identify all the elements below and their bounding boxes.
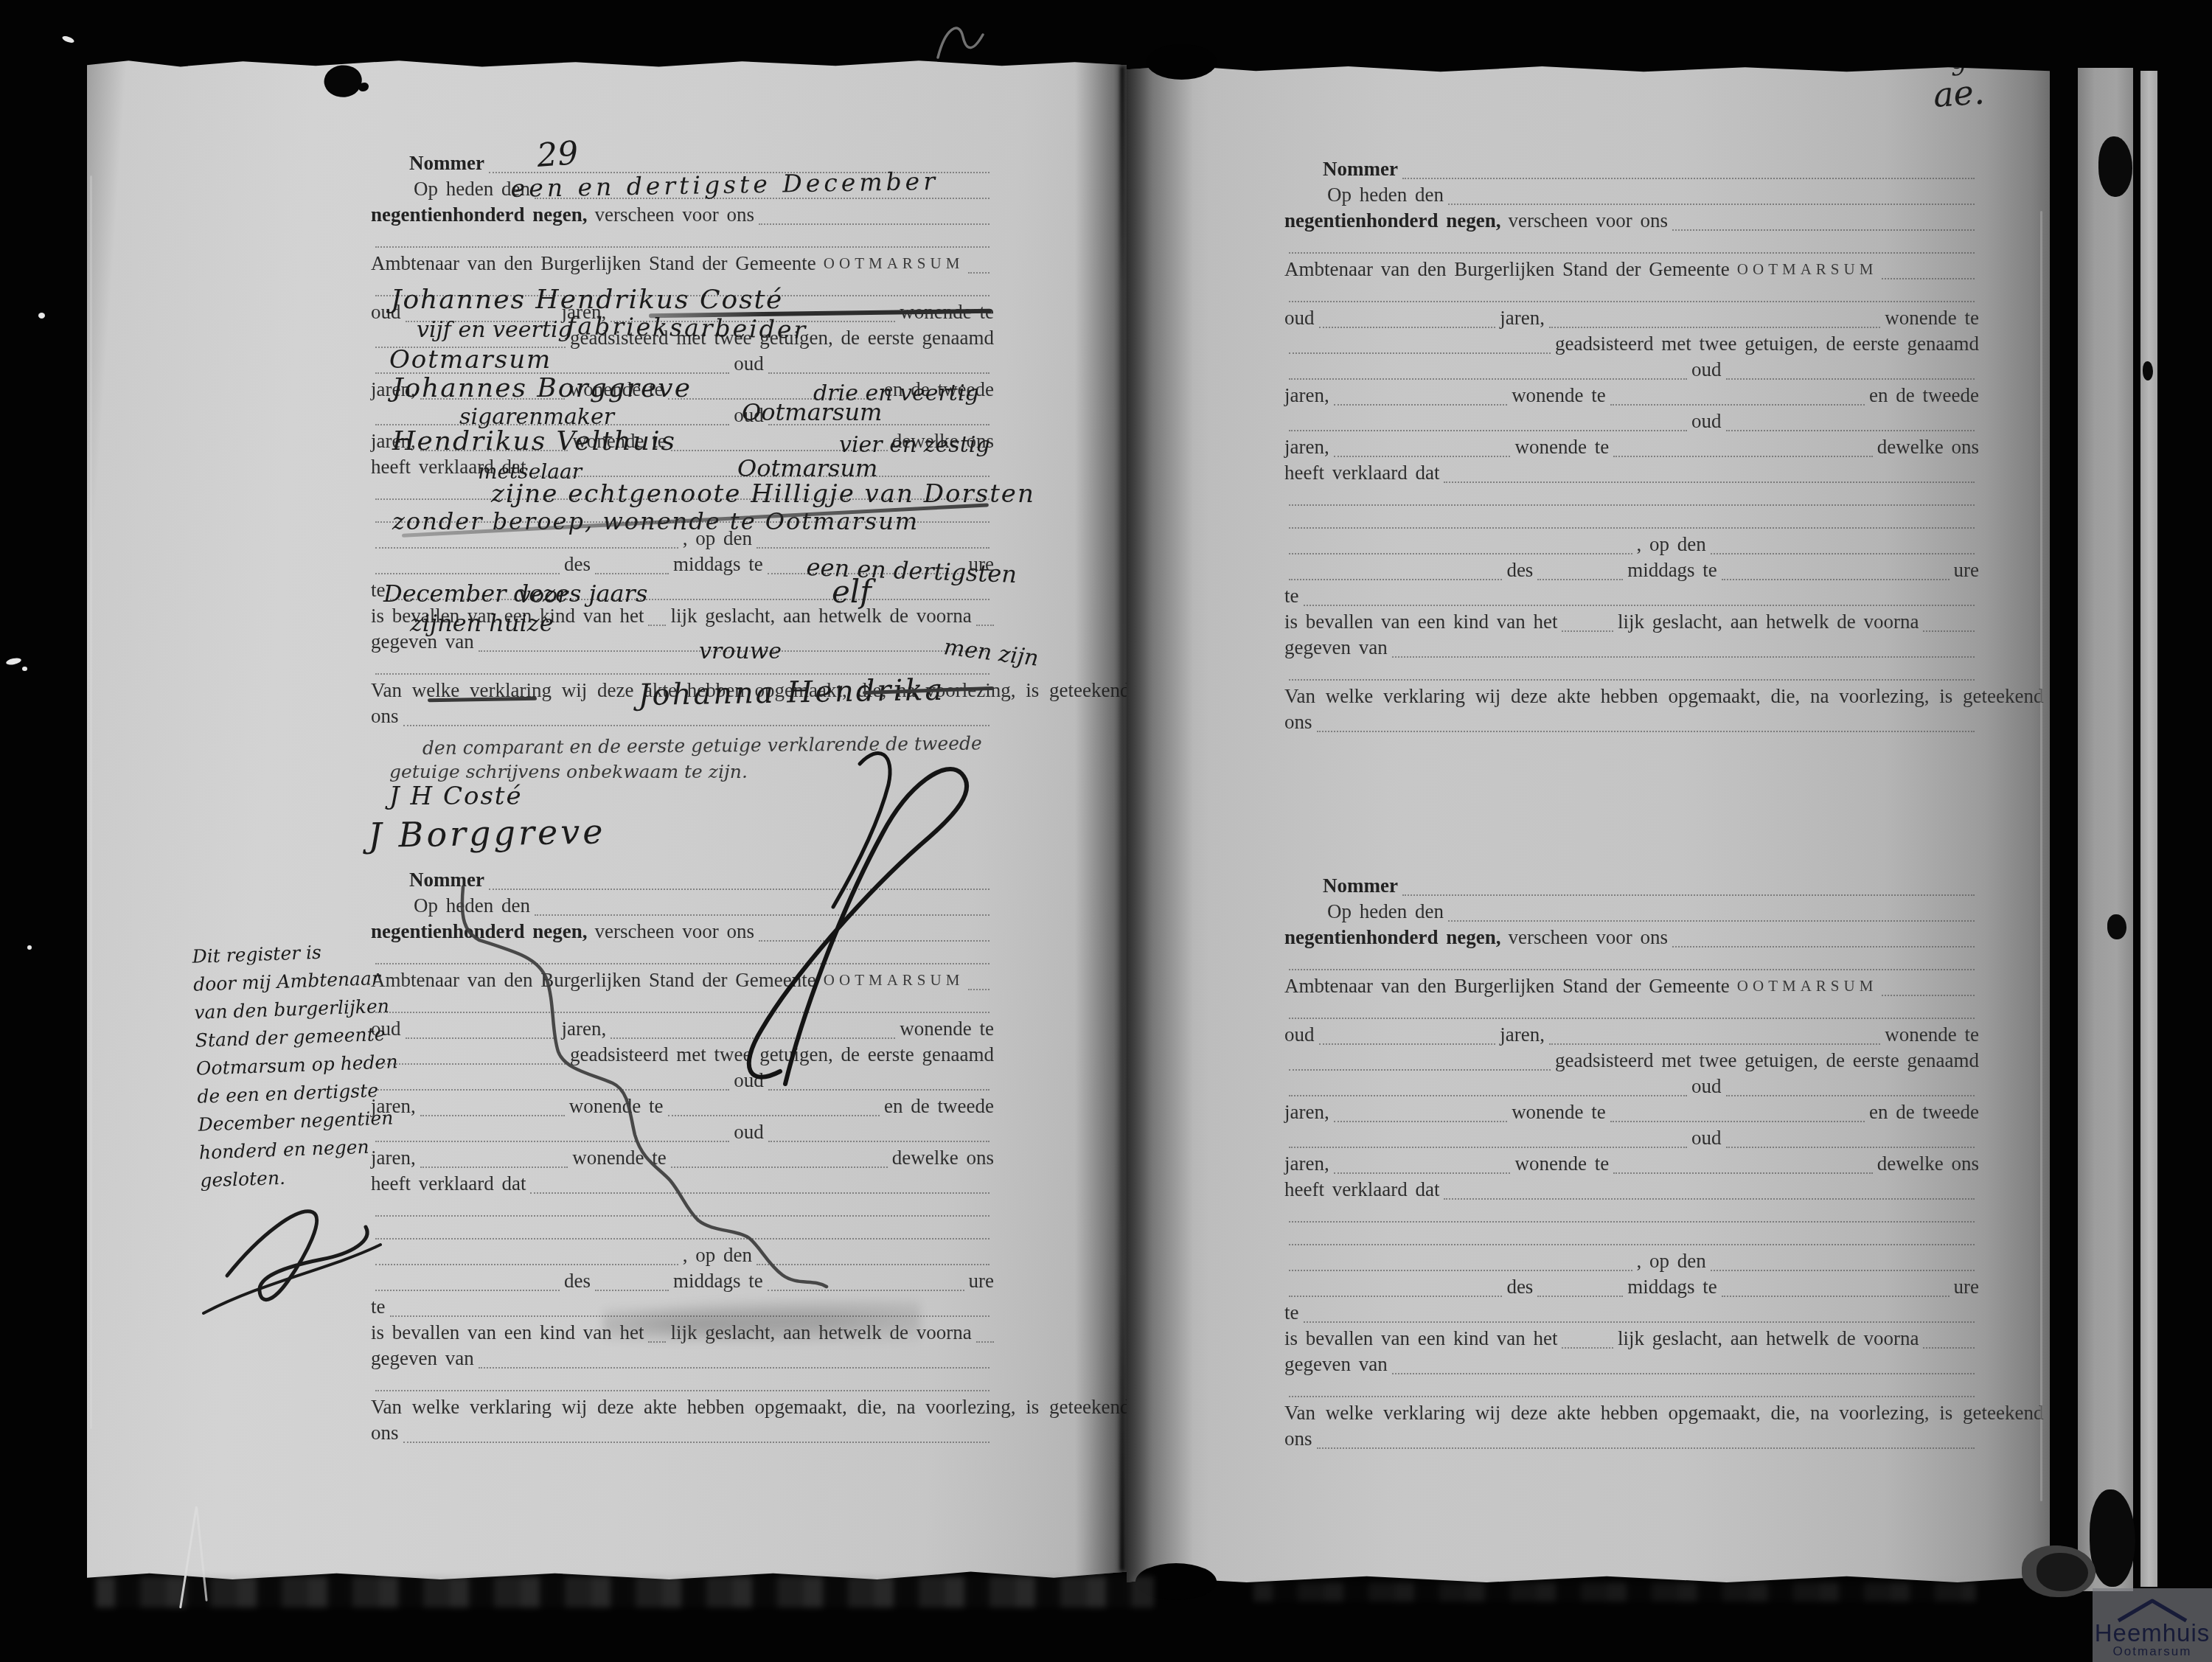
is-bevallen-label: is bevallen van een kind van het [1284, 1328, 1557, 1349]
is-bevallen-label: is bevallen van een kind van het [1284, 611, 1557, 632]
row-jaar: negentienhonderd negen,verscheen voor on… [1284, 210, 1979, 231]
dotted-line [1334, 388, 1507, 406]
van-welke-label: Van welke verklaring wij deze akte hebbe… [1284, 686, 2090, 706]
dotted-line [1334, 1105, 1507, 1122]
gegeven-van-label: gegeven van [371, 1348, 474, 1369]
dotted-line [648, 608, 666, 626]
dotted-line [1289, 414, 1687, 431]
gemeente-label: OOTMARSUM [1737, 259, 1878, 279]
dewelke-ons-label: dewelke ons [1877, 437, 1979, 457]
row-blank [1284, 1228, 1979, 1245]
en-de-tweede-label: en de tweede [884, 1096, 994, 1116]
film-speck [5, 657, 21, 666]
dotted-line [1289, 537, 1632, 554]
underlying-page-edge [2078, 68, 2133, 1591]
dotted-line [1537, 1279, 1623, 1297]
ure-label: ure [969, 1270, 994, 1291]
dotted-line [1444, 465, 1975, 483]
ink-blob-small [358, 83, 369, 91]
dotted-line [759, 924, 990, 942]
nommer-label: Nommer [371, 869, 484, 890]
des-label: des [564, 1270, 591, 1291]
gemeente-label: OOTMARSUM [824, 970, 964, 990]
row-blank [1284, 488, 1979, 506]
row-middags: desmiddags teure [371, 1270, 994, 1291]
wonende-te-label: wonende te [1512, 385, 1606, 406]
entry-nommer: 29 [535, 134, 579, 175]
dewelke-ons-label: dewelke ons [892, 1147, 994, 1168]
top-scratch-mark [938, 28, 983, 58]
dotted-line [768, 1073, 990, 1091]
row-getuige1-woon: jaren,wonende teen de tweede [1284, 1102, 1979, 1122]
dotted-line [1289, 563, 1502, 580]
wonende-te-label: wonende te [1512, 1102, 1606, 1122]
jaren-label: jaren, [1284, 1153, 1329, 1174]
dotted-line [535, 898, 990, 916]
row-middags: desmiddags teure [1284, 1276, 1979, 1297]
archive-watermark: Heemhuis Ootmarsum [2093, 1588, 2212, 1662]
row-getuige2: oud [371, 1122, 994, 1142]
row-getuige2-woon: jaren,wonende tedewelke ons [1284, 437, 1979, 457]
ink-blob [321, 60, 365, 101]
row-getuige2-woon: jaren,wonende tedewelke ons [371, 1147, 994, 1168]
dotted-line [1289, 1079, 1687, 1096]
oud-label: oud [734, 1122, 764, 1142]
dotted-line [375, 1248, 678, 1265]
dotted-line [1304, 588, 1975, 606]
dotted-line [375, 1273, 560, 1291]
dotted-line [1289, 285, 1975, 302]
birth-act-form-blank-right-bottom: Nommer Op heden den negentienhonderd neg… [1284, 870, 1979, 1449]
gegeven-van-label: gegeven van [1284, 1354, 1388, 1374]
op-den-label: , op den [1637, 534, 1706, 554]
entry-getuige2: Hendrikus Velthuis [392, 426, 676, 456]
dotted-line [375, 947, 990, 964]
watermark-name: Heemhuis [2095, 1622, 2211, 1644]
oud-label: oud [1284, 307, 1315, 328]
row-verklaring: heeft verklaard dat [371, 1173, 994, 1194]
te-label: te [371, 1296, 386, 1317]
signature-coste: J H Costé [389, 782, 523, 811]
row-datum: Op heden den [1284, 184, 1979, 205]
middags-te-label: middags te [1627, 1276, 1717, 1297]
dotted-line [1289, 1205, 1975, 1223]
row-getuige1-woon: jaren,wonende teen de tweede [1284, 385, 1979, 406]
dotted-line [1711, 537, 1975, 554]
row-getuige1-woon: jaren,wonende teen de tweede [371, 1096, 994, 1116]
jaren-label: jaren, [1500, 307, 1545, 328]
dotted-line [976, 608, 994, 626]
dotted-line [1289, 1001, 1975, 1019]
right-register-page: Nommer Op heden den negentienhonderd neg… [1127, 63, 2050, 1584]
edge-blotch [2090, 1489, 2135, 1587]
row-ons: ons [371, 1422, 994, 1443]
dotted-line [1726, 362, 1975, 380]
row-op-den: , op den [1284, 1251, 1979, 1271]
van-welke-label: Van welke verklaring wij deze akte hebbe… [371, 1397, 1177, 1417]
row-comparant: oudjaren,wonende te [371, 1018, 994, 1039]
margin-signature [227, 1211, 367, 1300]
dotted-line [1334, 1156, 1511, 1174]
row-te: te [1284, 1302, 1979, 1323]
dotted-line [968, 256, 990, 274]
des-label: des [1506, 1276, 1533, 1297]
verscheen-label: verscheen voor ons [595, 204, 754, 225]
row-ambtenaar: Ambtenaar van den Burgerlijken Stand der… [371, 253, 994, 274]
entry-geslacht: vrouwe [699, 639, 782, 664]
row-blank [371, 947, 994, 964]
row-getuige2: oud [1284, 411, 1979, 431]
dotted-line [1549, 1027, 1880, 1045]
page-edge-highlight [2040, 211, 2042, 1501]
geadsisteerd-label: geadsisteerd met twee getuigen, de eerst… [1555, 1050, 1979, 1071]
row-ons: ons [1284, 1428, 1979, 1449]
oud-label: oud [734, 353, 764, 374]
dotted-line [1289, 1053, 1551, 1071]
dotted-line [1444, 1182, 1975, 1200]
row-nommer: Nommer [1284, 159, 1979, 179]
row-nommer: Nommer [1284, 875, 1979, 896]
oud-label: oud [1284, 1024, 1315, 1045]
row-blank [1284, 236, 1979, 254]
van-welke-label: Van welke verklaring wij deze akte hebbe… [1284, 1402, 2090, 1423]
row-blank [371, 1374, 994, 1391]
des-label: des [564, 554, 591, 574]
row-jaar: negentienhonderd negen,verscheen voor on… [371, 204, 994, 225]
op-heden-den-label: Op heden den [371, 895, 530, 916]
op-den-label: , op den [683, 1245, 752, 1265]
dotted-line [1289, 362, 1687, 380]
row-geadsisteerd: geadsisteerd met twee getuigen, de eerst… [1284, 333, 1979, 354]
dotted-line [1923, 1331, 1975, 1349]
row-gegeven: gegeven van [1284, 637, 1979, 658]
dotted-line [375, 1124, 729, 1142]
row-datum: Op heden den [371, 895, 994, 916]
ons-label: ons [371, 706, 399, 726]
dotted-line [375, 1374, 990, 1391]
dotted-line [1319, 310, 1496, 328]
edge-blotch [2098, 136, 2132, 197]
dotted-line [1882, 262, 1975, 279]
dotted-line [668, 1099, 880, 1116]
row-verklaring: heeft verklaard dat [371, 456, 994, 477]
row-jaar: negentienhonderd negen,verscheen voor on… [371, 921, 994, 942]
dotted-line [1722, 1279, 1950, 1297]
row-getuige1: oud [1284, 1076, 1979, 1096]
row-blank [371, 1199, 994, 1217]
left-register-page: Nommer Op heden den negentienhonderd neg… [87, 58, 1127, 1581]
dotted-line [1448, 187, 1975, 205]
row-op-den: , op den [1284, 534, 1979, 554]
dotted-line [403, 1425, 990, 1443]
row-nommer: Nommer [371, 869, 994, 890]
negentienhonderd-label: negentienhonderd negen, [1284, 927, 1501, 948]
row-blank [1284, 285, 1979, 302]
lijk-geslacht-label: lijk geslacht, aan hetwelk de voorna [1618, 611, 1919, 632]
entry-slotregel2: getuige schrijvens onbekwaam te zijn. [389, 761, 748, 782]
entry-woonplaats2: Ootmarsum [742, 398, 882, 426]
row-blank [371, 1222, 994, 1239]
dotted-line [479, 1351, 990, 1369]
gemeente-label: OOTMARSUM [1737, 976, 1878, 996]
dotted-line [1726, 1079, 1975, 1096]
dotted-line [1289, 663, 1975, 681]
entry-dagdeel: voor [518, 583, 568, 608]
watermark-place: Ootmarsum [2113, 1644, 2192, 1659]
row-blank [1284, 953, 1979, 970]
dotted-line [671, 1150, 888, 1168]
dotted-line [1562, 614, 1613, 632]
middags-te-label: middags te [1627, 560, 1717, 580]
dotted-line [1610, 1105, 1865, 1122]
birth-act-form-blank-left: Nommer Op heden den negentienhonderd neg… [371, 864, 994, 1443]
dotted-line [1549, 310, 1880, 328]
row-ons: ons [1284, 712, 1979, 732]
dotted-line [1319, 1027, 1496, 1045]
dotted-line [968, 973, 990, 990]
edge-blotch [2107, 914, 2126, 939]
dotted-line [1402, 878, 1975, 896]
corner-mark-letters: ae. [1932, 72, 1986, 115]
dotted-line [1289, 1380, 1975, 1397]
dotted-line [1402, 161, 1975, 179]
row-blank [371, 995, 994, 1013]
row-getuige2-woon: jaren,wonende tedewelke ons [1284, 1153, 1979, 1174]
nommer-label: Nommer [1284, 159, 1398, 179]
entry-getuige1: Johannes Borggreve [392, 373, 692, 403]
dotted-line [1289, 1228, 1975, 1245]
row-ambtenaar: Ambtenaar van den Burgerlijken Stand der… [1284, 259, 1979, 279]
row-getuige2: oud [1284, 1127, 1979, 1148]
dotted-line [375, 1073, 729, 1091]
scanned-register-photo: Nommer Op heden den negentienhonderd neg… [0, 0, 2212, 1662]
gutter-notch-top [1147, 44, 1217, 80]
roof-icon [2108, 1597, 2197, 1622]
row-geadsisteerd: geadsisteerd met twee getuigen, de eerst… [371, 1044, 994, 1065]
dotted-line [1537, 563, 1623, 580]
middags-te-label: middags te [673, 554, 763, 574]
geadsisteerd-label: geadsisteerd met twee getuigen, de eerst… [1555, 333, 1979, 354]
dotted-line [1289, 488, 1975, 506]
entry-woonplaats1: Ootmarsum [389, 345, 552, 375]
dotted-line [1317, 714, 1975, 732]
ambtenaar-label: Ambtenaar van den Burgerlijken Stand der… [371, 253, 816, 274]
dotted-line [1610, 388, 1865, 406]
entry-beroep1: fabrieksarbeider [566, 311, 808, 344]
en-de-tweede-label: en de tweede [1869, 385, 1979, 406]
dotted-line [1726, 1130, 1975, 1148]
row-datum: Op heden den [1284, 901, 1979, 922]
wonende-te-label: wonende te [572, 1147, 667, 1168]
dotted-line [1392, 640, 1975, 658]
dotted-line [420, 1099, 565, 1116]
row-geslacht: is bevallen van een kind van hetlijk ges… [1284, 611, 1979, 632]
dotted-line [611, 1021, 895, 1039]
margin-signature-sweep [204, 1245, 380, 1313]
op-heden-den-label: Op heden den [1284, 184, 1444, 205]
dotted-line [759, 207, 990, 225]
ure-label: ure [1954, 1276, 1979, 1297]
dotted-line [375, 1222, 990, 1239]
torn-edge-mottle-left [96, 1576, 1154, 1607]
row-blank [1284, 1205, 1979, 1223]
en-de-tweede-label: en de tweede [1869, 1102, 1979, 1122]
dotted-line [1289, 1254, 1632, 1271]
dotted-line [1289, 1130, 1687, 1148]
middags-te-label: middags te [673, 1270, 763, 1291]
dotted-line [768, 1124, 990, 1142]
row-slot: Van welke verklaring wij deze akte hebbe… [1284, 1402, 1979, 1423]
verscheen-label: verscheen voor ons [595, 921, 754, 942]
te-label: te [1284, 585, 1299, 606]
wonende-te-label: wonende te [900, 1018, 994, 1039]
row-slot: Van welke verklaring wij deze akte hebbe… [1284, 686, 1979, 706]
des-label: des [1506, 560, 1533, 580]
gegeven-van-label: gegeven van [1284, 637, 1388, 658]
underlying-page-edge-2 [2140, 71, 2157, 1587]
verscheen-label: verscheen voor ons [1509, 927, 1668, 948]
oud-label: oud [734, 1070, 764, 1091]
oud-label: oud [1691, 1127, 1722, 1148]
dotted-line [1289, 336, 1551, 354]
edge-blotch [2143, 361, 2153, 380]
entry-leeftijd1: vijf en veertig [417, 317, 572, 343]
dotted-line [1726, 414, 1975, 431]
te-label: te [1284, 1302, 1299, 1323]
op-heden-den-label: Op heden den [371, 178, 530, 199]
dotted-line [1289, 953, 1975, 970]
dotted-line [595, 1273, 669, 1291]
op-heden-den-label: Op heden den [1284, 901, 1444, 922]
dotted-line [1882, 978, 1975, 996]
row-comparant: oudjaren,wonende te [1284, 307, 1979, 328]
row-op-den: , op den [371, 1245, 994, 1265]
wonende-te-label: wonende te [1514, 437, 1609, 457]
verscheen-label: verscheen voor ons [1509, 210, 1668, 231]
entry-comparant: Johannes Hendrikus Costé [391, 285, 783, 315]
film-speck [22, 667, 27, 671]
ambtenaar-label: Ambtenaar van den Burgerlijken Stand der… [371, 970, 816, 990]
row-getuige1: oud [1284, 359, 1979, 380]
heeft-verklaard-label: heeft verklaard dat [1284, 1179, 1439, 1200]
dotted-line [420, 1150, 568, 1168]
dotted-line [375, 1199, 990, 1217]
dotted-line [768, 356, 990, 374]
geadsisteerd-label: geadsisteerd met twee getuigen, de eerst… [570, 1044, 994, 1065]
dotted-line [530, 1176, 990, 1194]
row-verklaring: heeft verklaard dat [1284, 1179, 1979, 1200]
jaren-label: jaren, [1284, 385, 1329, 406]
dotted-line [595, 557, 669, 574]
dotted-line [1722, 563, 1950, 580]
oud-label: oud [1691, 359, 1722, 380]
dotted-line [1334, 439, 1511, 457]
ons-label: ons [1284, 1428, 1312, 1449]
jaren-label: jaren, [1500, 1024, 1545, 1045]
row-geadsisteerd: geadsisteerd met twee getuigen, de eerst… [1284, 1050, 1979, 1071]
dotted-line [489, 872, 990, 890]
dotted-line [1613, 439, 1873, 457]
dotted-line [1711, 1254, 1975, 1271]
torn-edge-mottle-right [1253, 1582, 1976, 1602]
dotted-line [757, 1248, 990, 1265]
film-speck [27, 945, 32, 950]
dotted-line [1672, 213, 1975, 231]
row-gegeven: gegeven van [1284, 1354, 1979, 1374]
row-ambtenaar: Ambtenaar van den Burgerlijken Stand der… [1284, 976, 1979, 996]
oud-label: oud [1691, 411, 1722, 431]
entry-plaats: zijnen huize [410, 609, 554, 637]
dotted-line [768, 1273, 964, 1291]
dotted-line [375, 1047, 566, 1065]
signature-borggreve: J Borggreve [368, 811, 606, 855]
entry-uur: elf [832, 574, 872, 610]
dotted-line [1289, 511, 1975, 529]
row-getuige1: oud [371, 1070, 994, 1091]
row-blank [1284, 1001, 1979, 1019]
heeft-verklaard-label: heeft verklaard dat [1284, 462, 1439, 483]
lijk-geslacht-label: lijk geslacht, aan hetwelk de voorna [670, 605, 971, 626]
dotted-line [1392, 1357, 1975, 1374]
wonende-te-label: wonende te [1885, 1024, 1979, 1045]
ure-label: ure [1954, 560, 1979, 580]
jaren-label: jaren, [1284, 437, 1329, 457]
row-verklaring: heeft verklaard dat [1284, 462, 1979, 483]
dotted-line [1317, 1431, 1975, 1449]
dotted-line [1562, 1331, 1613, 1349]
dotted-line [406, 1021, 557, 1039]
oud-label: oud [1691, 1076, 1722, 1096]
row-jaar: negentienhonderd negen,verscheen voor on… [1284, 927, 1979, 948]
dotted-line [1289, 236, 1975, 254]
film-scratch-highlight [90, 175, 92, 1429]
dotted-line [1448, 904, 1975, 922]
negentienhonderd-label: negentienhonderd negen, [1284, 210, 1501, 231]
birth-act-form-blank-right-top: Nommer Op heden den negentienhonderd neg… [1284, 153, 1979, 732]
row-blank [1284, 663, 1979, 681]
lijk-geslacht-label: lijk geslacht, aan hetwelk de voorna [1618, 1328, 1919, 1349]
row-middags: desmiddags teure [1284, 560, 1979, 580]
dotted-line [1923, 614, 1975, 632]
dotted-line [375, 657, 990, 675]
corner-blotch-dark [2037, 1553, 2088, 1591]
row-blank [371, 657, 994, 675]
dotted-line [375, 557, 560, 574]
dotted-line [1304, 1305, 1975, 1323]
entry-geboortemaand: December dezes jaars [383, 580, 647, 608]
jaren-label: jaren, [1284, 1102, 1329, 1122]
film-speck [38, 313, 45, 319]
dewelke-ons-label: dewelke ons [1877, 1153, 1979, 1174]
margin-note: Dit register is door mij Ambtenaar van d… [192, 936, 402, 1195]
row-blank [1284, 1380, 1979, 1397]
ink-smudge [603, 1300, 920, 1349]
jaren-label: jaren, [561, 1018, 606, 1039]
ons-label: ons [371, 1422, 399, 1443]
dotted-line [1672, 930, 1975, 948]
negentienhonderd-label: negentienhonderd negen, [371, 921, 588, 942]
dotted-line [976, 1325, 994, 1343]
gemeente-label: OOTMARSUM [824, 253, 964, 274]
row-geslacht: is bevallen van een kind van hetlijk ges… [1284, 1328, 1979, 1349]
negentienhonderd-label: negentienhonderd negen, [371, 204, 588, 225]
wonende-te-label: wonende te [569, 1096, 664, 1116]
entry-woonplaats3: Ootmarsum [737, 454, 877, 482]
row-blank [1284, 511, 1979, 529]
ons-label: ons [1284, 712, 1312, 732]
row-te: te [1284, 585, 1979, 606]
film-speck [61, 35, 74, 44]
